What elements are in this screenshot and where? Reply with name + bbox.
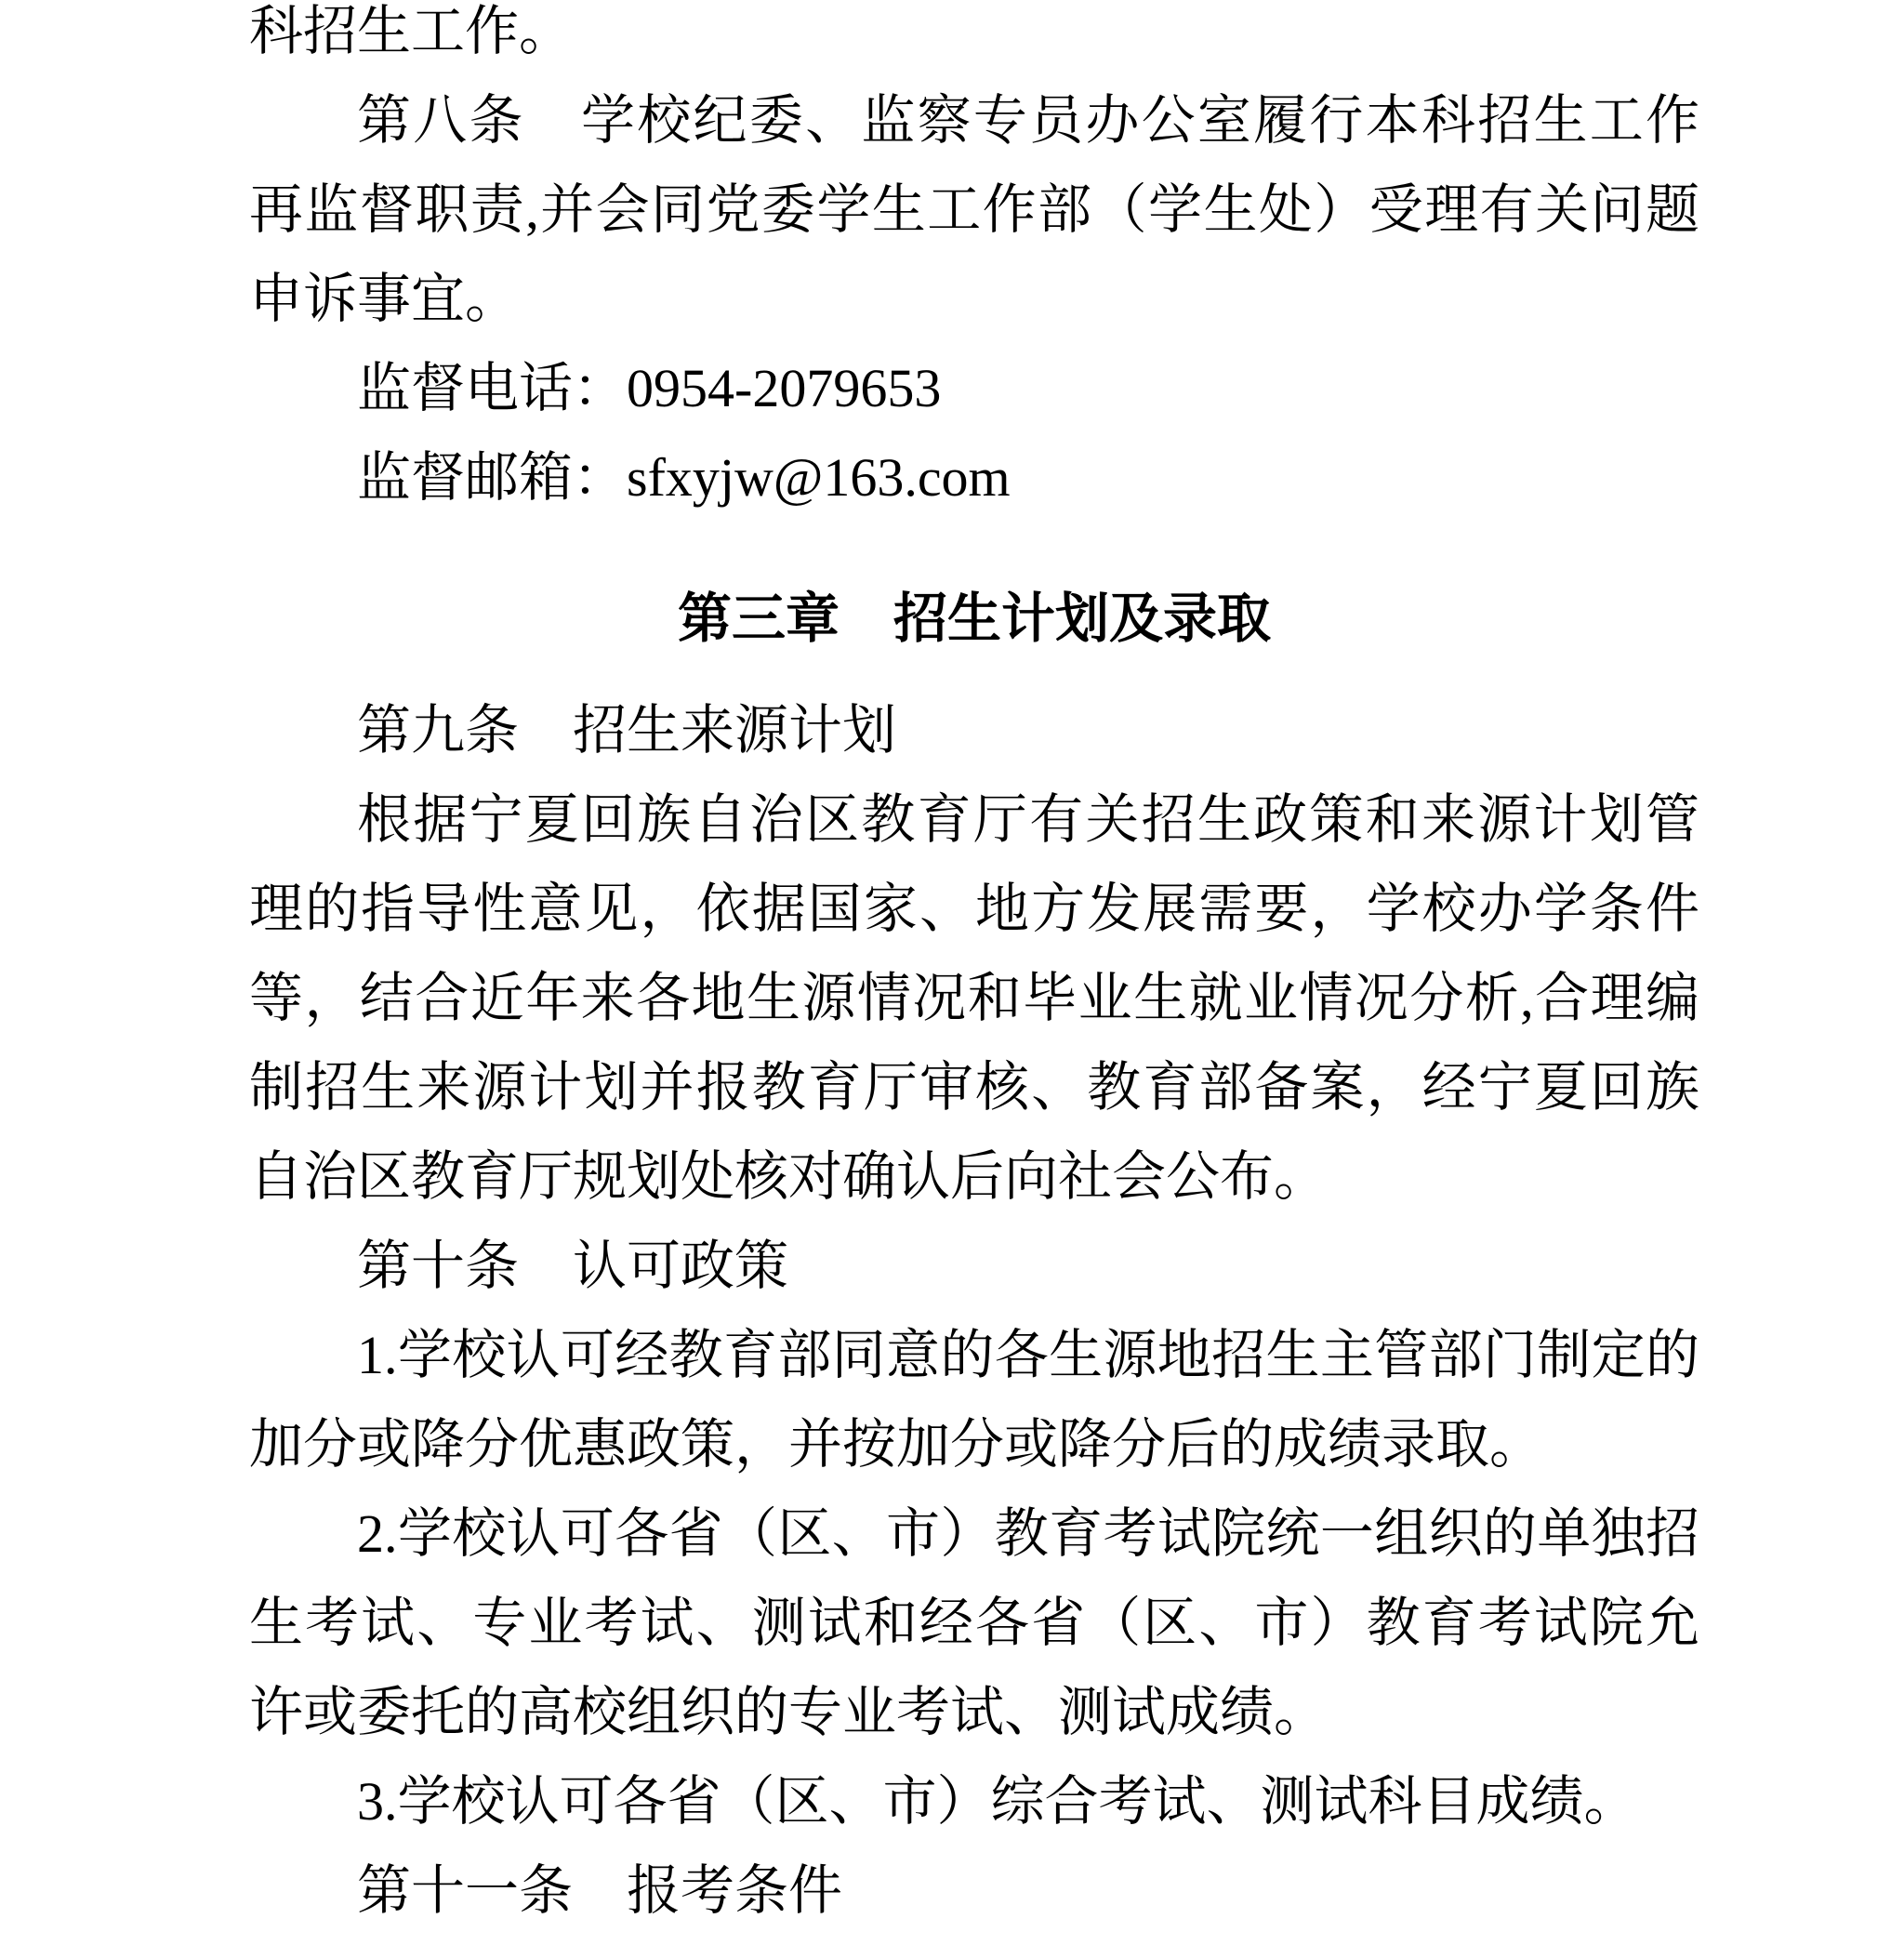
- policy-item-1: 1.学校认可经教育部同意的各生源地招生主管部门制定的加分或降分优惠政策，并按加分…: [249, 1311, 1699, 1489]
- supervision-email-label: 监督邮箱：: [357, 447, 627, 508]
- document-page: 科招生工作。 第八条 学校纪委、监察专员办公室履行本科招生工作再监督职责,并会同…: [0, 0, 1904, 1958]
- supervision-phone-number: 0954-2079653: [627, 358, 941, 418]
- supervision-email-address: sfxyjw@163.com: [627, 447, 1011, 508]
- article-10-title: 第十条 认可政策: [249, 1222, 1699, 1311]
- article-9-title: 第九条 招生来源计划: [249, 686, 1699, 775]
- article-9-body: 根据宁夏回族自治区教育厅有关招生政策和来源计划管理的指导性意见，依据国家、地方发…: [249, 775, 1699, 1222]
- paragraph-continuation-line: 科招生工作。: [249, 0, 1699, 76]
- document-content: 科招生工作。 第八条 学校纪委、监察专员办公室履行本科招生工作再监督职责,并会同…: [249, 0, 1699, 1936]
- article-11-title: 第十一条 报考条件: [249, 1846, 1699, 1936]
- supervision-phone-label: 监督电话：: [357, 358, 627, 418]
- article-8-paragraph: 第八条 学校纪委、监察专员办公室履行本科招生工作再监督职责,并会同党委学生工作部…: [249, 76, 1699, 344]
- supervision-phone-line: 监督电话：0954-2079653: [249, 344, 1699, 433]
- policy-item-2: 2.学校认可各省（区、市）教育考试院统一组织的单独招生考试、专业考试、测试和经各…: [249, 1489, 1699, 1757]
- policy-item-3: 3.学校认可各省（区、市）综合考试、测试科目成绩。: [249, 1757, 1699, 1846]
- supervision-email-line: 监督邮箱：sfxyjw@163.com: [249, 433, 1699, 523]
- chapter-3-heading: 第三章 招生计划及录取: [249, 575, 1699, 664]
